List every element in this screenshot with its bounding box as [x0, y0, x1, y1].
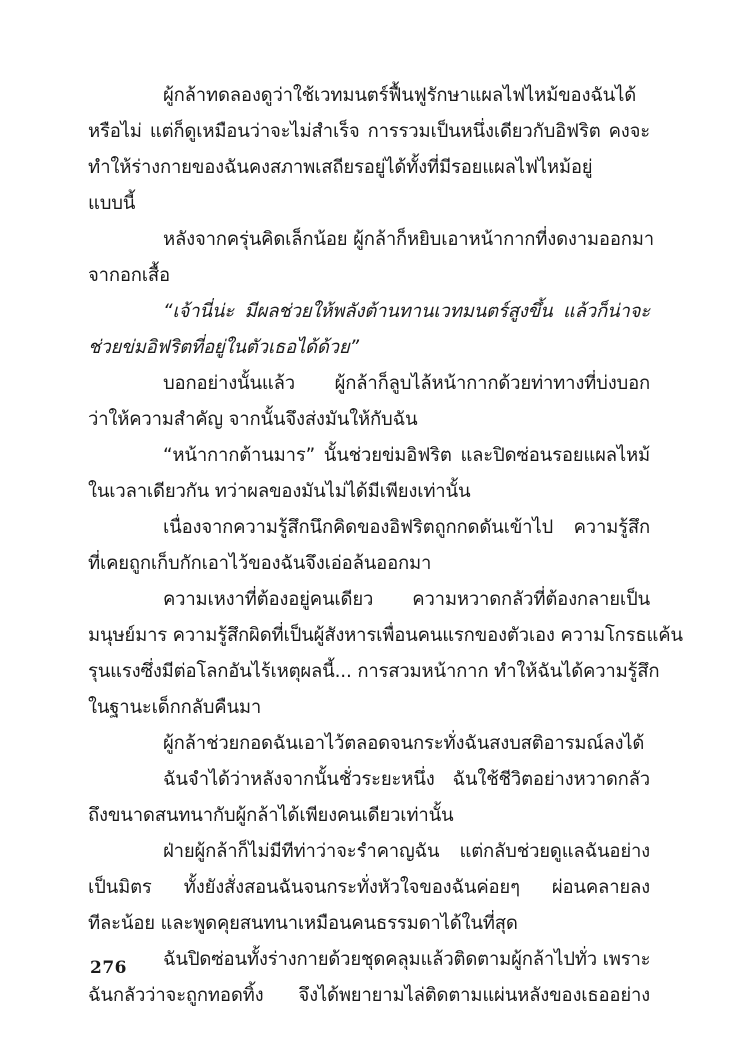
- text-line: ในเวลาเดียวกัน ทว่าผลของมันไม่ได้มีเพียง…: [88, 474, 650, 510]
- text-line: จากอกเสื้อ: [88, 258, 650, 294]
- text-line: ฉันกลัวว่าจะถูกทอดทิ้ง จึงได้พยายามไล่ติ…: [88, 978, 650, 1014]
- text-line: ผู้กล้าทดลองดูว่าใช้เวทมนตร์ฟื้นฟูรักษาแ…: [88, 78, 650, 114]
- text-line: ถึงขนาดสนทนากับผู้กล้าได้เพียงคนเดียวเท่…: [88, 798, 650, 834]
- page-number: 276: [90, 958, 127, 978]
- book-page-text: ผู้กล้าทดลองดูว่าใช้เวทมนตร์ฟื้นฟูรักษาแ…: [88, 78, 650, 1014]
- text-line: ในฐานะเด็กกลับคืนมา: [88, 690, 650, 726]
- text-line: ฝ่ายผู้กล้าก็ไม่มีทีท่าว่าจะรำคาญฉัน แต่…: [88, 834, 650, 870]
- text-line: แบบนี้: [88, 186, 650, 222]
- text-line: ความเหงาที่ต้องอยู่คนเดียว ความหวาดกลัวท…: [88, 582, 650, 618]
- dialogue-line: ช่วยข่มอิฟริตที่อยู่ในตัวเธอได้ด้วย”: [88, 330, 650, 366]
- text-line: ผู้กล้าช่วยกอดฉันเอาไว้ตลอดจนกระทั่งฉันส…: [88, 726, 650, 762]
- text-line: บอกอย่างนั้นแล้ว ผู้กล้าก็ลูบไล้หน้ากากด…: [88, 366, 650, 402]
- text-line: ทีละน้อย และพูดคุยสนทนาเหมือนคนธรรมดาได้…: [88, 906, 650, 942]
- text-line: ทำให้ร่างกายของฉันคงสภาพเสถียรอยู่ได้ทั้…: [88, 150, 650, 186]
- text-line: เนื่องจากความรู้สึกนึกคิดของอิฟริตถูกกดด…: [88, 510, 650, 546]
- text-line: เป็นมิตร ทั้งยังสั่งสอนฉันจนกระทั่งหัวใจ…: [88, 870, 650, 906]
- text-line: “หน้ากากต้านมาร” นั้นช่วยข่มอิฟริต และปิ…: [88, 438, 650, 474]
- text-line: รุนแรงซึ่งมีต่อโลกอันไร้เหตุผลนี้... การ…: [88, 654, 650, 690]
- text-line: ว่าให้ความสำคัญ จากนั้นจึงส่งมันให้กับฉั…: [88, 402, 650, 438]
- text-line: ฉันปิดซ่อนทั้งร่างกายด้วยชุดคลุมแล้วติดต…: [88, 942, 650, 978]
- dialogue-line: “เจ้านี่น่ะ มีผลช่วยให้พลังต้านทานเวทมนต…: [88, 294, 650, 330]
- text-line: หลังจากครุ่นคิดเล็กน้อย ผู้กล้าก็หยิบเอา…: [88, 222, 650, 258]
- text-line: หรือไม่ แต่ก็ดูเหมือนว่าจะไม่สำเร็จ การร…: [88, 114, 650, 150]
- text-line: ที่เคยถูกเก็บกักเอาไว้ของฉันจึงเอ่อล้นออ…: [88, 546, 650, 582]
- text-line: ฉันจำได้ว่าหลังจากนั้นชั่วระยะหนึ่ง ฉันใ…: [88, 762, 650, 798]
- text-line: มนุษย์มาร ความรู้สึกผิดที่เป็นผู้สังหารเ…: [88, 618, 650, 654]
